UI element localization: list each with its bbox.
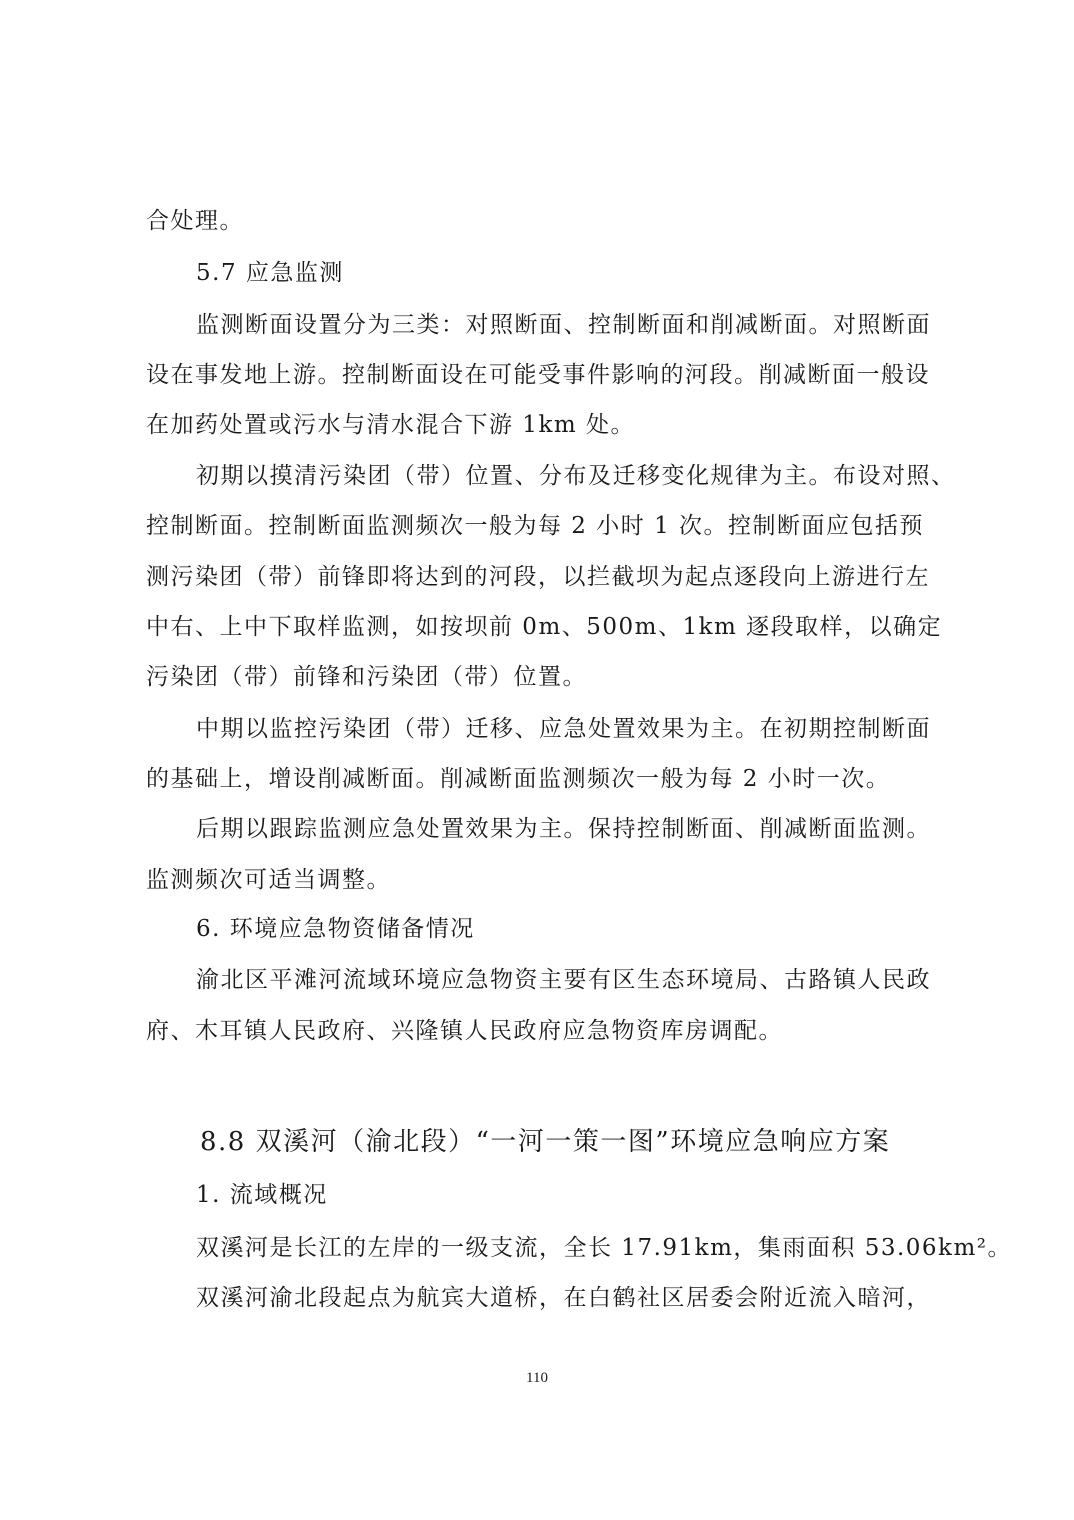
paragraph-line: 污染团（带）前锋和污染团（带）位置。: [146, 662, 587, 692]
paragraph-line: 初期以摸清污染团（带）位置、分布及迁移变化规律为主。布设对照、: [196, 461, 956, 491]
paragraph-line: 双溪河是长江的左岸的一级支流，全长 17.91km，集雨面积 53.06km²。: [196, 1233, 1012, 1263]
paragraph-line: 监测频次可适当调整。: [146, 865, 391, 895]
paragraph-line: 双溪河渝北段起点为航宾大道桥，在白鹤社区居委会附近流入暗河，: [196, 1283, 931, 1313]
paragraph-line: 设在事发地上游。控制断面设在可能受事件影响的河段。削减断面一般设: [146, 360, 930, 390]
paragraph-line: 测污染团（带）前锋即将达到的河段，以拦截坝为起点逐段向上游进行左: [146, 562, 930, 592]
paragraph-line: 中右、上中下取样监测，如按坝前 0m、500m、1km 逐段取样，以确定: [146, 612, 942, 642]
paragraph-line: 渝北区平滩河流域环境应急物资主要有区生态环境局、古路镇人民政: [196, 965, 931, 995]
subsection-title: 5.7 应急监测: [196, 258, 344, 288]
paragraph-line: 监测断面设置分为三类：对照断面、控制断面和削减断面。对照断面: [196, 310, 931, 340]
section-heading: 8.8 双溪河（渝北段）“一河一策一图”环境应急响应方案: [200, 1125, 890, 1159]
paragraph-line: 控制断面。控制断面监测频次一般为每 2 小时 1 次。控制断面应包括预: [146, 511, 924, 541]
subsection-title: 6. 环境应急物资储备情况: [196, 914, 475, 944]
paragraph-line: 合处理。: [146, 206, 244, 236]
paragraph-line: 后期以跟踪监测应急处置效果为主。保持控制断面、削减断面监测。: [196, 814, 931, 844]
paragraph-line: 中期以监控污染团（带）迁移、应急处置效果为主。在初期控制断面: [196, 714, 931, 744]
subsection-title: 1. 流域概况: [196, 1180, 328, 1210]
paragraph-line: 在加药处置或污水与清水混合下游 1km 处。: [146, 410, 635, 440]
paragraph-line: 的基础上，增设削减断面。削减断面监测频次一般为每 2 小时一次。: [146, 764, 890, 794]
page-number: 110: [0, 1370, 1074, 1387]
paragraph-line: 府、木耳镇人民政府、兴隆镇人民政府应急物资库房调配。: [146, 1016, 783, 1046]
